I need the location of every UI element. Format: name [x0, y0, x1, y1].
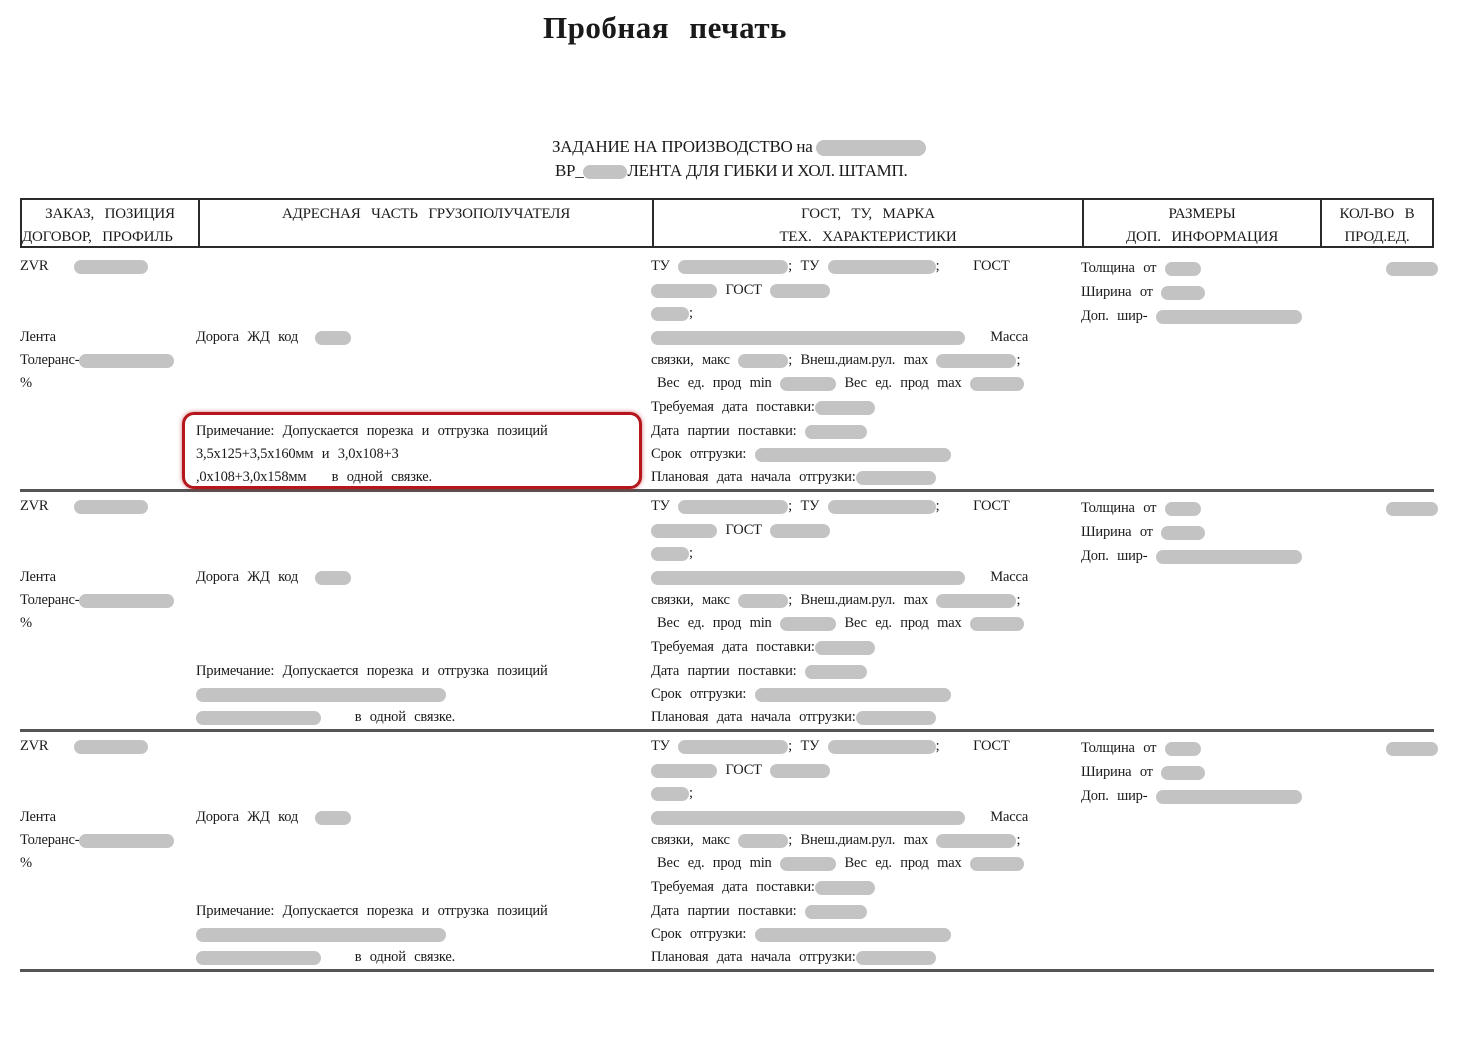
redacted-value — [315, 331, 351, 345]
note-line-3-wrap: в одной связке. — [196, 709, 455, 726]
spec-bundle-diam: связки, макс ; Внеш.диам.рул. max ; — [651, 352, 1020, 369]
note-line-3-wrap: в одной связке. — [196, 949, 455, 966]
label-percent: % — [20, 375, 32, 391]
label-tolerance: Толеранс- — [20, 832, 79, 848]
spec-mass: Масса — [651, 569, 1028, 586]
thickness-from: Толщина от — [1081, 500, 1201, 517]
shipping-term: Срок отгрузки: — [651, 446, 951, 463]
spec-tu-gost: ТУ ; ТУ ; ГОСТ — [651, 738, 1010, 755]
label-order: ZVR — [20, 498, 48, 514]
label-percent: % — [20, 855, 32, 871]
redacted-value — [738, 834, 788, 848]
label-tu: ТУ — [651, 258, 670, 274]
note-line-1: Примечание: Допускается порезка и отгруз… — [196, 663, 548, 680]
redacted-value — [79, 354, 174, 368]
redacted-value — [1156, 550, 1302, 564]
label-gost: ГОСТ — [973, 738, 1009, 754]
redacted-value — [651, 331, 965, 345]
redacted-value — [651, 811, 965, 825]
tolerance: Толеранс- — [20, 352, 174, 369]
redacted-value — [780, 377, 836, 391]
redacted-value — [196, 688, 446, 702]
railway-code: Дорога ЖД код — [196, 809, 351, 826]
label-order: ZVR — [20, 738, 48, 754]
label-mass: Масса — [990, 569, 1028, 585]
redacted-value — [74, 500, 148, 514]
order-number: ZVR — [20, 498, 148, 515]
width-from: Ширина от — [1081, 524, 1205, 541]
product-code-prefix: ВР_ — [555, 161, 583, 180]
redacted-value — [970, 857, 1024, 871]
width-from: Ширина от — [1081, 764, 1205, 781]
redacted-value — [651, 524, 717, 538]
label-road: Дорога ЖД код — [196, 569, 298, 585]
spec-tu-gost: ТУ ; ТУ ; ГОСТ — [651, 498, 1010, 515]
spec-grade: ; — [651, 305, 693, 322]
product-type: Лента — [20, 809, 56, 826]
redacted-value — [805, 425, 867, 439]
redacted-value — [815, 641, 875, 655]
task-heading-line2: ВР_ЛЕНТА ДЛЯ ГИБКИ И ХОЛ. ШТАМП. — [555, 161, 907, 181]
label-bundle_max: связки, макс — [651, 592, 730, 608]
spec-bundle-diam: связки, макс ; Внеш.диам.рул. max ; — [651, 592, 1020, 609]
label-outer_diam: ; Внеш.диам.рул. max — [788, 832, 928, 848]
label-product: Лента — [20, 569, 56, 585]
label-thickness: Толщина от — [1081, 260, 1156, 276]
label-product: Лента — [20, 329, 56, 345]
spec-gost-2: ГОСТ — [651, 762, 830, 779]
redacted-value — [770, 764, 830, 778]
label-note: Примечание: Допускается порезка и отгруз… — [196, 663, 548, 679]
label-bundle_max: связки, макс — [651, 352, 730, 368]
page-title: Пробная печать — [0, 10, 1330, 46]
railway-code: Дорога ЖД код — [196, 569, 351, 586]
label-tu: ТУ — [800, 258, 819, 274]
label-batch_date: Дата партии поставки: — [651, 663, 797, 679]
note-line-1: Примечание: Допускается порезка и отгруз… — [196, 903, 548, 920]
label-note_end: в одной связке. — [355, 709, 455, 725]
quantity — [1386, 260, 1438, 277]
tolerance-unit: % — [20, 375, 32, 392]
label-outer_diam: ; Внеш.диам.рул. max — [788, 592, 928, 608]
extra-width: Доп. шир- — [1081, 788, 1302, 805]
label-thickness: Толщина от — [1081, 740, 1156, 756]
label-tu: ТУ — [651, 738, 670, 754]
label-weight_min: Вес ед. прод min — [657, 615, 772, 631]
label-weight_min: Вес ед. прод min — [657, 375, 772, 391]
redacted-value — [780, 857, 836, 871]
label-percent: % — [20, 615, 32, 631]
tolerance-unit: % — [20, 855, 32, 872]
row-divider — [20, 489, 1434, 492]
order-number: ZVR — [20, 738, 148, 755]
label-gost: ГОСТ — [973, 258, 1009, 274]
redacted-value — [755, 688, 951, 702]
redacted-value — [805, 905, 867, 919]
label-tolerance: Толеранс- — [20, 352, 79, 368]
required-delivery-date: Требуемая дата поставки: — [651, 399, 875, 416]
redacted-value — [936, 354, 1016, 368]
redacted-value — [196, 711, 321, 725]
note-highlight-box — [182, 412, 642, 489]
redacted-value — [1156, 310, 1302, 324]
redacted-value — [805, 665, 867, 679]
redacted-value — [651, 547, 689, 561]
redacted-value — [828, 260, 936, 274]
railway-code: Дорога ЖД код — [196, 329, 351, 346]
batch-delivery-date: Дата партии поставки: — [651, 903, 867, 920]
redacted-value — [780, 617, 836, 631]
redacted-value — [970, 617, 1024, 631]
redacted-value — [828, 500, 936, 514]
tolerance: Толеранс- — [20, 592, 174, 609]
shipping-term: Срок отгрузки: — [651, 926, 951, 943]
label-product: Лента — [20, 809, 56, 825]
label-planned_start: Плановая дата начала отгрузки: — [651, 709, 856, 725]
label-ship_term: Срок отгрузки: — [651, 686, 746, 702]
spec-mass: Масса — [651, 809, 1028, 826]
redacted-value — [74, 260, 148, 274]
planned-shipping-start: Плановая дата начала отгрузки: — [651, 949, 936, 966]
label-batch_date: Дата партии поставки: — [651, 423, 797, 439]
note-line-2-wrap — [196, 686, 446, 703]
redacted-value — [755, 448, 951, 462]
label-mass: Масса — [990, 809, 1028, 825]
redacted-value — [1156, 790, 1302, 804]
redacted-value — [196, 928, 446, 942]
label-mass: Масса — [990, 329, 1028, 345]
redacted-value — [936, 594, 1016, 608]
label-ship_term: Срок отгрузки: — [651, 926, 746, 942]
spec-gost-2: ГОСТ — [651, 522, 830, 539]
spec-weight: Вес ед. прод min Вес ед. прод max — [657, 855, 1024, 872]
column-header-gost: ГОСТ, ТУ, МАРКАТЕХ. ХАРАКТЕРИСТИКИ — [654, 200, 1082, 246]
redacted-value — [856, 951, 936, 965]
column-header-order: ЗАКАЗ, ПОЗИЦИЯДОГОВОР, ПРОФИЛЬ — [22, 200, 198, 246]
spec-weight: Вес ед. прод min Вес ед. прод max — [657, 615, 1024, 632]
order-number: ZVR — [20, 258, 148, 275]
tolerance: Толеранс- — [20, 832, 174, 849]
note-line-2-wrap — [196, 926, 446, 943]
label-width: Ширина от — [1081, 764, 1153, 780]
redacted-date — [816, 140, 926, 156]
redacted-value — [1161, 766, 1205, 780]
redacted-value — [315, 571, 351, 585]
redacted-value — [856, 471, 936, 485]
label-extra_width: Доп. шир- — [1081, 788, 1147, 804]
redacted-value — [678, 740, 788, 754]
label-bundle_max: связки, макс — [651, 832, 730, 848]
redacted-value — [196, 951, 321, 965]
label-thickness: Толщина от — [1081, 500, 1156, 516]
redacted-code — [583, 165, 627, 179]
label-tu: ТУ — [800, 498, 819, 514]
label-weight_max: Вес ед. прод max — [844, 855, 961, 871]
column-header-sizes: РАЗМЕРЫДОП. ИНФОРМАЦИЯ — [1084, 200, 1320, 246]
spec-gost-2: ГОСТ — [651, 282, 830, 299]
redacted-value — [755, 928, 951, 942]
spec-grade: ; — [651, 545, 693, 562]
thickness-from: Толщина от — [1081, 740, 1201, 757]
redacted-value — [651, 787, 689, 801]
label-tolerance: Толеранс- — [20, 592, 79, 608]
redacted-value — [651, 307, 689, 321]
label-road: Дорога ЖД код — [196, 809, 298, 825]
label-order: ZVR — [20, 258, 48, 274]
label-extra_width: Доп. шир- — [1081, 308, 1147, 324]
spec-mass: Масса — [651, 329, 1028, 346]
label-required_date: Требуемая дата поставки: — [651, 639, 815, 655]
label-gost: ГОСТ — [725, 762, 761, 778]
label-note: Примечание: Допускается порезка и отгруз… — [196, 903, 548, 919]
redacted-value — [828, 740, 936, 754]
batch-delivery-date: Дата партии поставки: — [651, 663, 867, 680]
label-note_end: в одной связке. — [355, 949, 455, 965]
extra-width: Доп. шир- — [1081, 548, 1302, 565]
label-weight_min: Вес ед. прод min — [657, 855, 772, 871]
label-extra_width: Доп. шир- — [1081, 548, 1147, 564]
redacted-value — [1161, 286, 1205, 300]
label-batch_date: Дата партии поставки: — [651, 903, 797, 919]
redacted-value — [815, 881, 875, 895]
label-ship_term: Срок отгрузки: — [651, 446, 746, 462]
label-gost: ГОСТ — [725, 522, 761, 538]
column-header-address: АДРЕСНАЯ ЧАСТЬ ГРУЗОПОЛУЧАТЕЛЯ — [200, 200, 652, 246]
batch-delivery-date: Дата партии поставки: — [651, 423, 867, 440]
task-heading-line1: ЗАДАНИЕ НА ПРОИЗВОДСТВО на — [552, 137, 926, 157]
table-header: ЗАКАЗ, ПОЗИЦИЯДОГОВОР, ПРОФИЛЬ АДРЕСНАЯ … — [20, 198, 1434, 248]
redacted-value — [770, 284, 830, 298]
redacted-value — [651, 764, 717, 778]
label-weight_max: Вес ед. прод max — [844, 615, 961, 631]
label-outer_diam: ; Внеш.диам.рул. max — [788, 352, 928, 368]
quantity — [1386, 500, 1438, 517]
redacted-value — [315, 811, 351, 825]
row-divider — [20, 729, 1434, 732]
redacted-value — [1165, 742, 1201, 756]
redacted-value — [1386, 742, 1438, 756]
product-name: ЛЕНТА ДЛЯ ГИБКИ И ХОЛ. ШТАМП. — [627, 161, 907, 180]
redacted-value — [1161, 526, 1205, 540]
row-divider — [20, 969, 1434, 972]
required-delivery-date: Требуемая дата поставки: — [651, 879, 875, 896]
redacted-value — [738, 354, 788, 368]
redacted-value — [1386, 262, 1438, 276]
label-width: Ширина от — [1081, 284, 1153, 300]
redacted-value — [79, 594, 174, 608]
redacted-value — [936, 834, 1016, 848]
planned-shipping-start: Плановая дата начала отгрузки: — [651, 709, 936, 726]
redacted-value — [678, 500, 788, 514]
quantity — [1386, 740, 1438, 757]
product-type: Лента — [20, 569, 56, 586]
extra-width: Доп. шир- — [1081, 308, 1302, 325]
label-required_date: Требуемая дата поставки: — [651, 399, 815, 415]
redacted-value — [815, 401, 875, 415]
label-width: Ширина от — [1081, 524, 1153, 540]
redacted-value — [651, 571, 965, 585]
label-weight_max: Вес ед. прод max — [844, 375, 961, 391]
redacted-value — [651, 284, 717, 298]
label-gost: ГОСТ — [973, 498, 1009, 514]
spec-weight: Вес ед. прод min Вес ед. прод max — [657, 375, 1024, 392]
label-tu: ТУ — [651, 498, 670, 514]
label-planned_start: Плановая дата начала отгрузки: — [651, 469, 856, 485]
label-planned_start: Плановая дата начала отгрузки: — [651, 949, 856, 965]
redacted-value — [856, 711, 936, 725]
redacted-value — [970, 377, 1024, 391]
label-required_date: Требуемая дата поставки: — [651, 879, 815, 895]
column-header-quantity: КОЛ-ВО ВПРОД.ЕД. — [1322, 200, 1432, 246]
spec-bundle-diam: связки, макс ; Внеш.диам.рул. max ; — [651, 832, 1020, 849]
required-delivery-date: Требуемая дата поставки: — [651, 639, 875, 656]
spec-grade: ; — [651, 785, 693, 802]
thickness-from: Толщина от — [1081, 260, 1201, 277]
label-gost: ГОСТ — [725, 282, 761, 298]
shipping-term: Срок отгрузки: — [651, 686, 951, 703]
task-heading-text: ЗАДАНИЕ НА ПРОИЗВОДСТВО на — [552, 137, 812, 156]
label-road: Дорога ЖД код — [196, 329, 298, 345]
redacted-value — [79, 834, 174, 848]
width-from: Ширина от — [1081, 284, 1205, 301]
redacted-value — [770, 524, 830, 538]
redacted-value — [1386, 502, 1438, 516]
redacted-value — [74, 740, 148, 754]
redacted-value — [1165, 262, 1201, 276]
label-tu: ТУ — [800, 738, 819, 754]
spec-tu-gost: ТУ ; ТУ ; ГОСТ — [651, 258, 1010, 275]
redacted-value — [1165, 502, 1201, 516]
redacted-value — [738, 594, 788, 608]
planned-shipping-start: Плановая дата начала отгрузки: — [651, 469, 936, 486]
product-type: Лента — [20, 329, 56, 346]
redacted-value — [678, 260, 788, 274]
tolerance-unit: % — [20, 615, 32, 632]
